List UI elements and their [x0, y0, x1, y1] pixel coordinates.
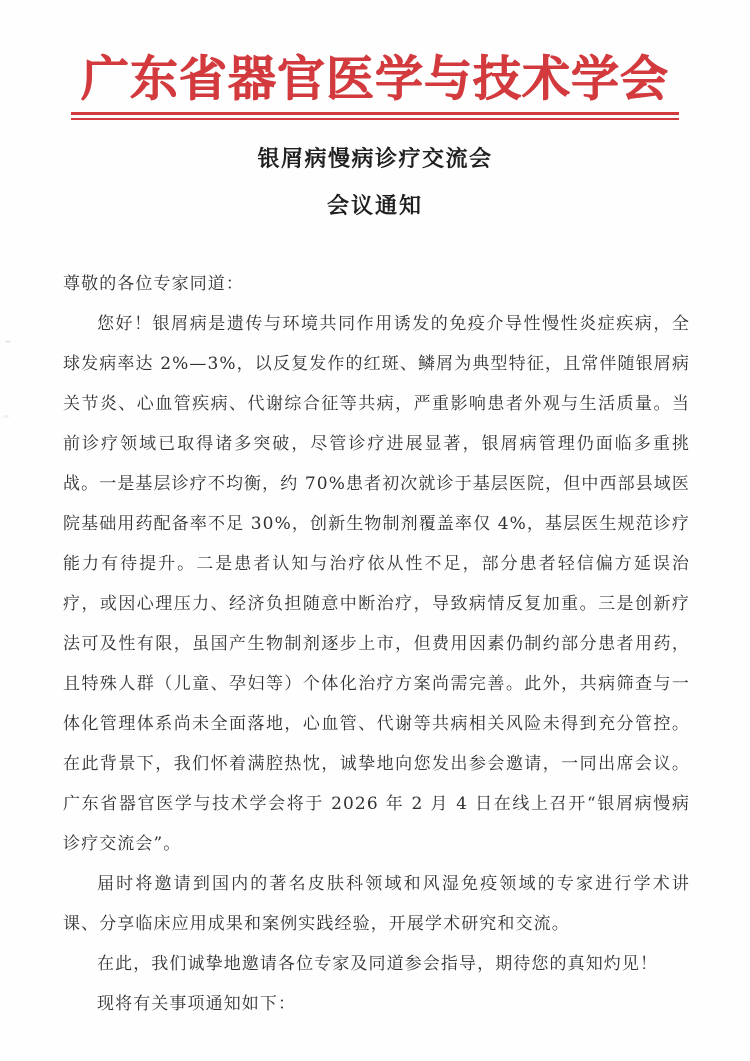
- body-paragraph: 现将有关事项通知如下：: [63, 984, 690, 1024]
- meeting-title: 银屑病慢病诊疗交流会: [0, 120, 750, 173]
- title-double-underline: [71, 112, 679, 120]
- document-page: 广东省器官医学与技术学会 银屑病慢病诊疗交流会 会议通知 尊敬的各位专家同道： …: [0, 0, 750, 1061]
- scan-speck: [5, 340, 11, 343]
- body-paragraph: 在此，我们诚挚地邀请各位专家及同道参会指导，期待您的真知灼见！: [63, 944, 690, 984]
- salutation: 尊敬的各位专家同道：: [63, 264, 690, 304]
- scan-speck: [3, 415, 9, 418]
- org-title: 广东省器官医学与技术学会: [0, 0, 750, 107]
- body-paragraph: 您好！银屑病是遗传与环境共同作用诱发的免疫介导性慢性炎症疾病，全球发病率达 2%…: [63, 304, 690, 864]
- notice-title: 会议通知: [0, 173, 750, 220]
- body-paragraph: 届时将邀请到国内的著名皮肤科领域和风湿免疫领域的专家进行学术讲课、分享临床应用成…: [63, 864, 690, 944]
- notice-body: 尊敬的各位专家同道： 您好！银屑病是遗传与环境共同作用诱发的免疫介导性慢性炎症疾…: [63, 264, 690, 1024]
